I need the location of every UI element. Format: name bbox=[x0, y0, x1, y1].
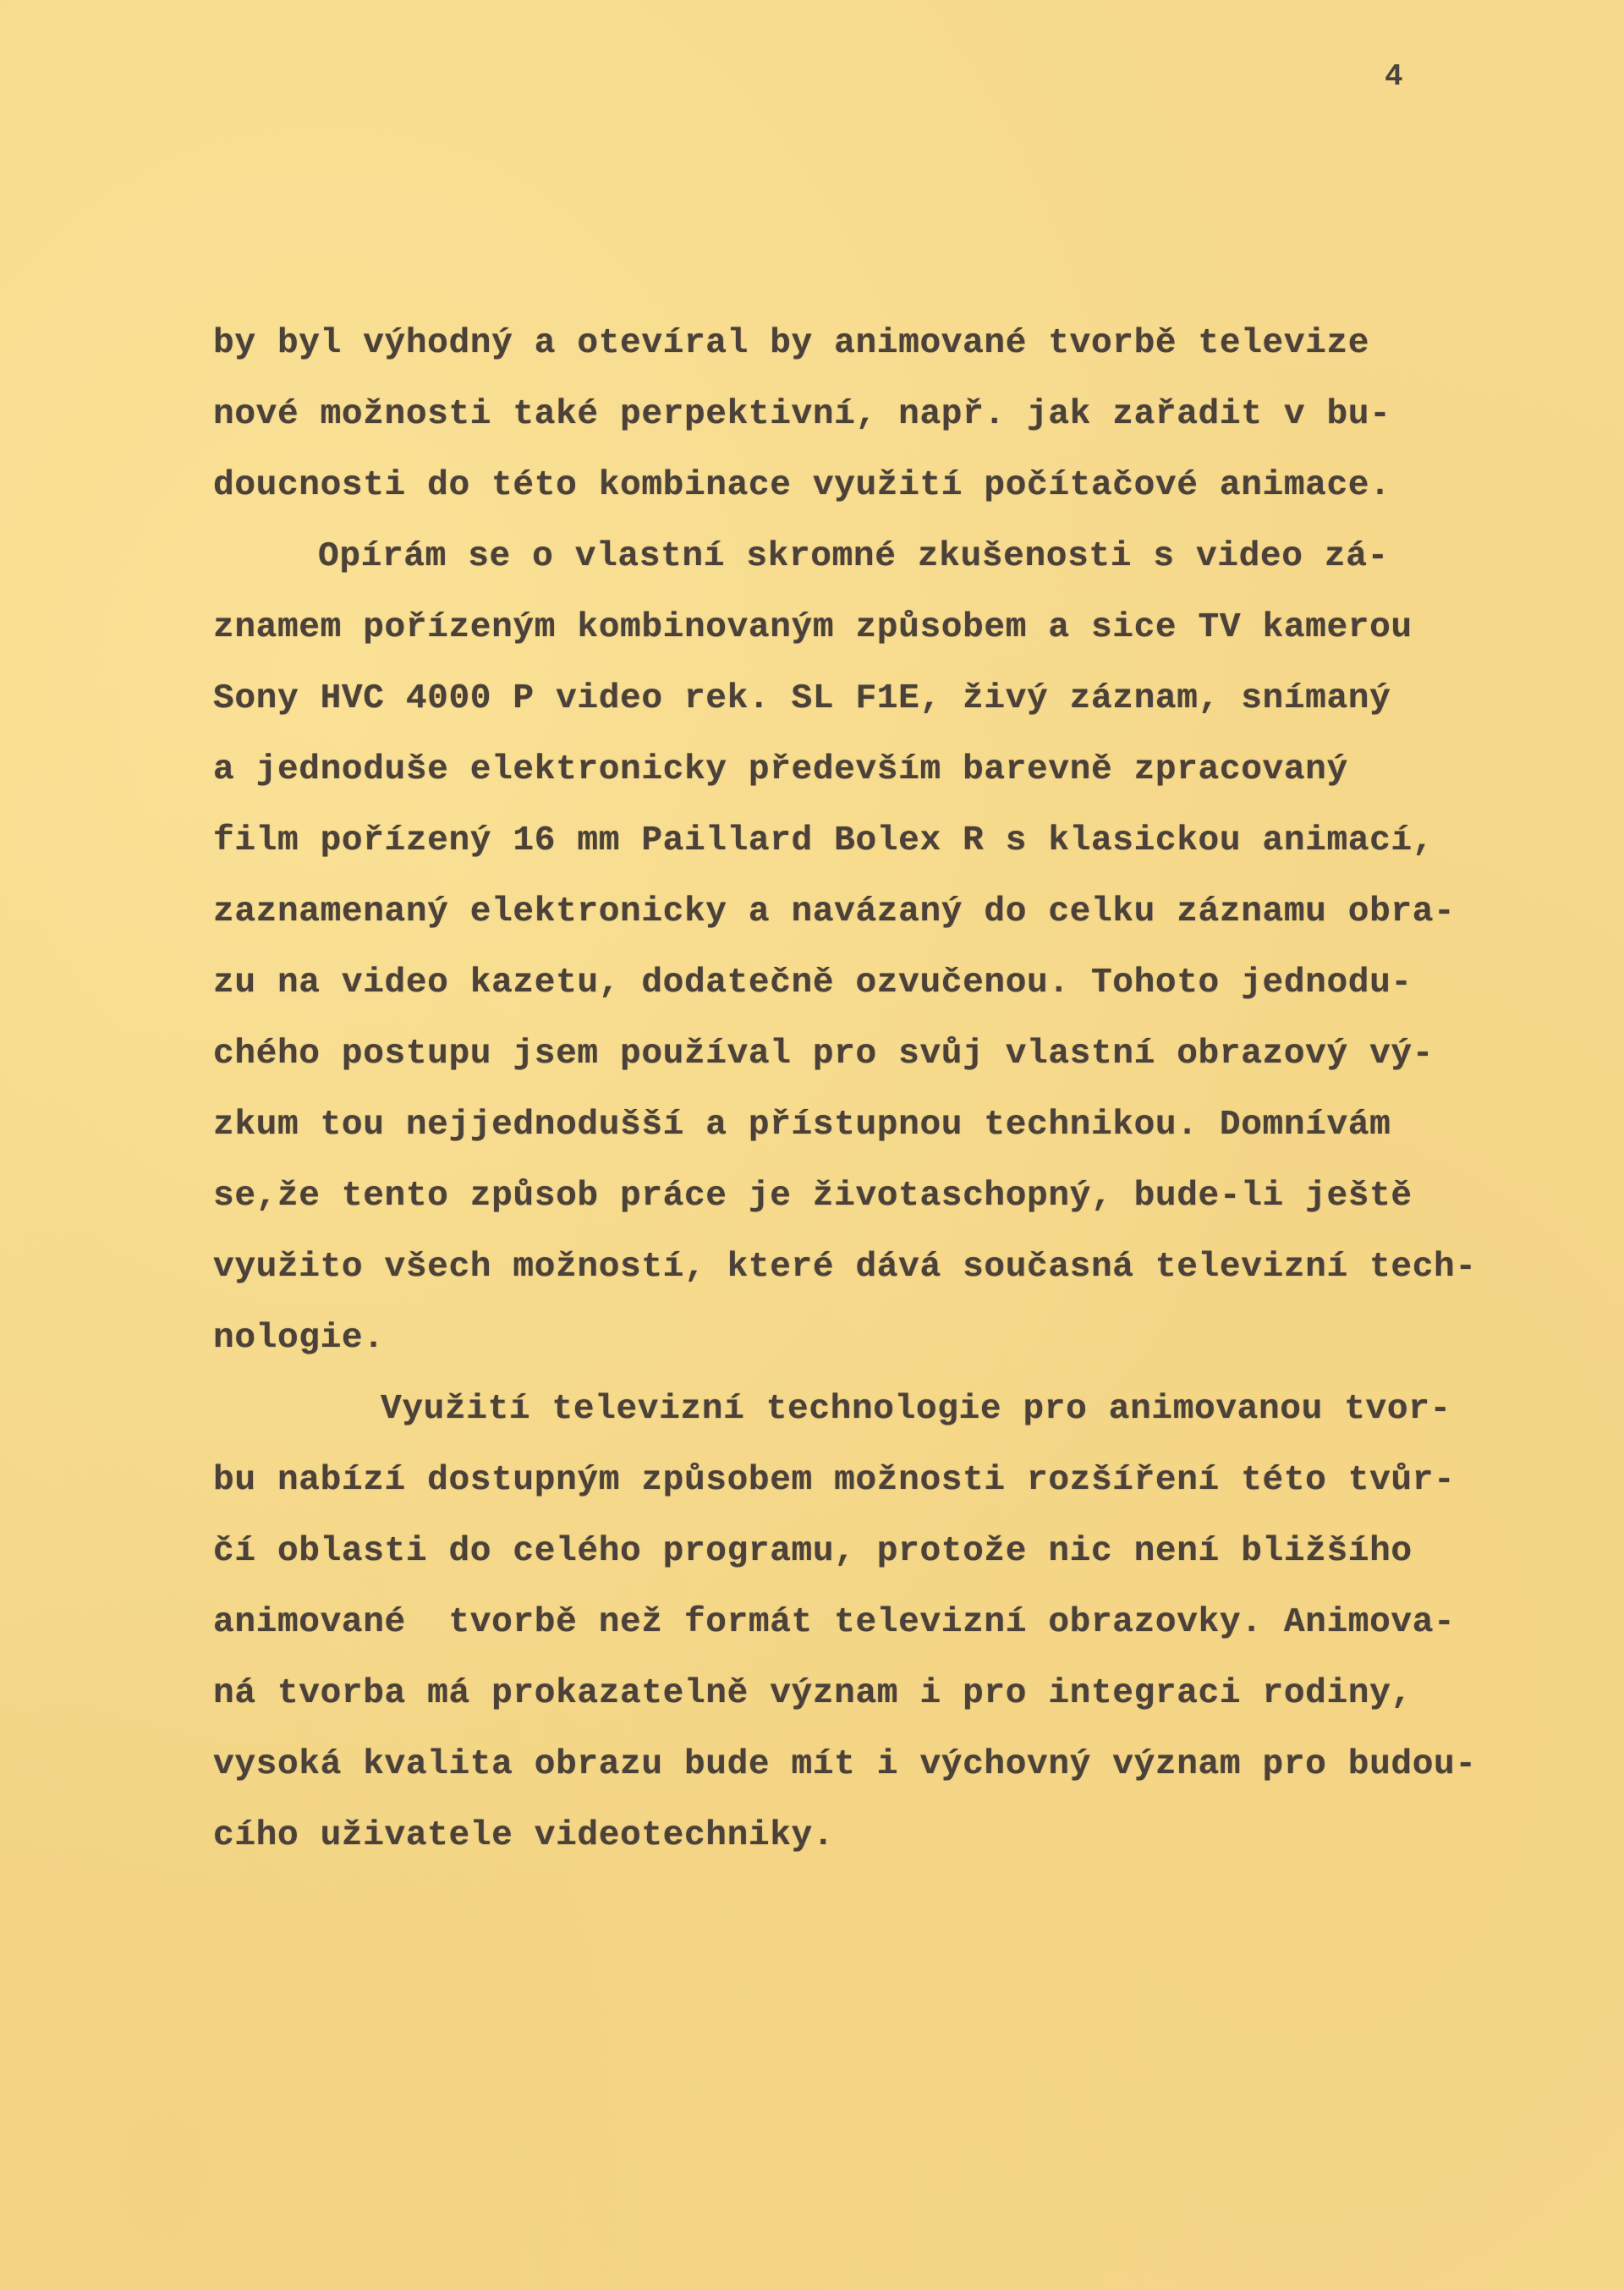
text-line: vysoká kvalita obrazu bude mít i výchovn… bbox=[213, 1729, 1499, 1800]
text-line: znamem pořízeným kombinovaným způsobem a… bbox=[213, 592, 1499, 663]
text-line: čí oblasti do celého programu, protože n… bbox=[213, 1516, 1499, 1587]
typewritten-page: 4 by byl výhodný a otevíral by animované… bbox=[0, 0, 1624, 2290]
text-line: využito všech možností, které dává souča… bbox=[213, 1232, 1499, 1303]
text-line: ná tvorba má prokazatelně význam i pro i… bbox=[213, 1658, 1499, 1729]
text-line: zaznamenaný elektronicky a navázaný do c… bbox=[213, 876, 1499, 947]
paragraph-1: by byl výhodný a otevíral by animované t… bbox=[213, 308, 1499, 521]
text-line: Opírám se o vlastní skromné zkušenosti s… bbox=[213, 521, 1499, 592]
page-number: 4 bbox=[1385, 59, 1403, 94]
text-line: Sony HVC 4000 P video rek. SL F1E, živý … bbox=[213, 663, 1499, 734]
text-line: Využití televizní technologie pro animov… bbox=[213, 1374, 1499, 1445]
text-line: cího uživatele videotechniky. bbox=[213, 1800, 1499, 1871]
text-line: doucnosti do této kombinace využití počí… bbox=[213, 450, 1499, 521]
text-line: nové možnosti také perpektivní, např. ja… bbox=[213, 379, 1499, 450]
text-line: a jednoduše elektronicky především barev… bbox=[213, 734, 1499, 805]
text-line: by byl výhodný a otevíral by animované t… bbox=[213, 308, 1499, 379]
text-line: film pořízený 16 mm Paillard Bolex R s k… bbox=[213, 805, 1499, 876]
text-line: animované tvorbě než formát televizní ob… bbox=[213, 1587, 1499, 1658]
text-line: bu nabízí dostupným způsobem možnosti ro… bbox=[213, 1445, 1499, 1516]
text-line: nologie. bbox=[213, 1303, 1499, 1374]
paragraph-3: Využití televizní technologie pro animov… bbox=[213, 1374, 1499, 1871]
body-text: by byl výhodný a otevíral by animované t… bbox=[213, 308, 1499, 1871]
paragraph-2: Opírám se o vlastní skromné zkušenosti s… bbox=[213, 521, 1499, 1374]
text-line: zkum tou nejjednodušší a přístupnou tech… bbox=[213, 1090, 1499, 1161]
text-line: zu na video kazetu, dodatečně ozvučenou.… bbox=[213, 947, 1499, 1019]
text-line: se,že tento způsob práce je životaschopn… bbox=[213, 1161, 1499, 1232]
text-line: chého postupu jsem používal pro svůj vla… bbox=[213, 1019, 1499, 1090]
